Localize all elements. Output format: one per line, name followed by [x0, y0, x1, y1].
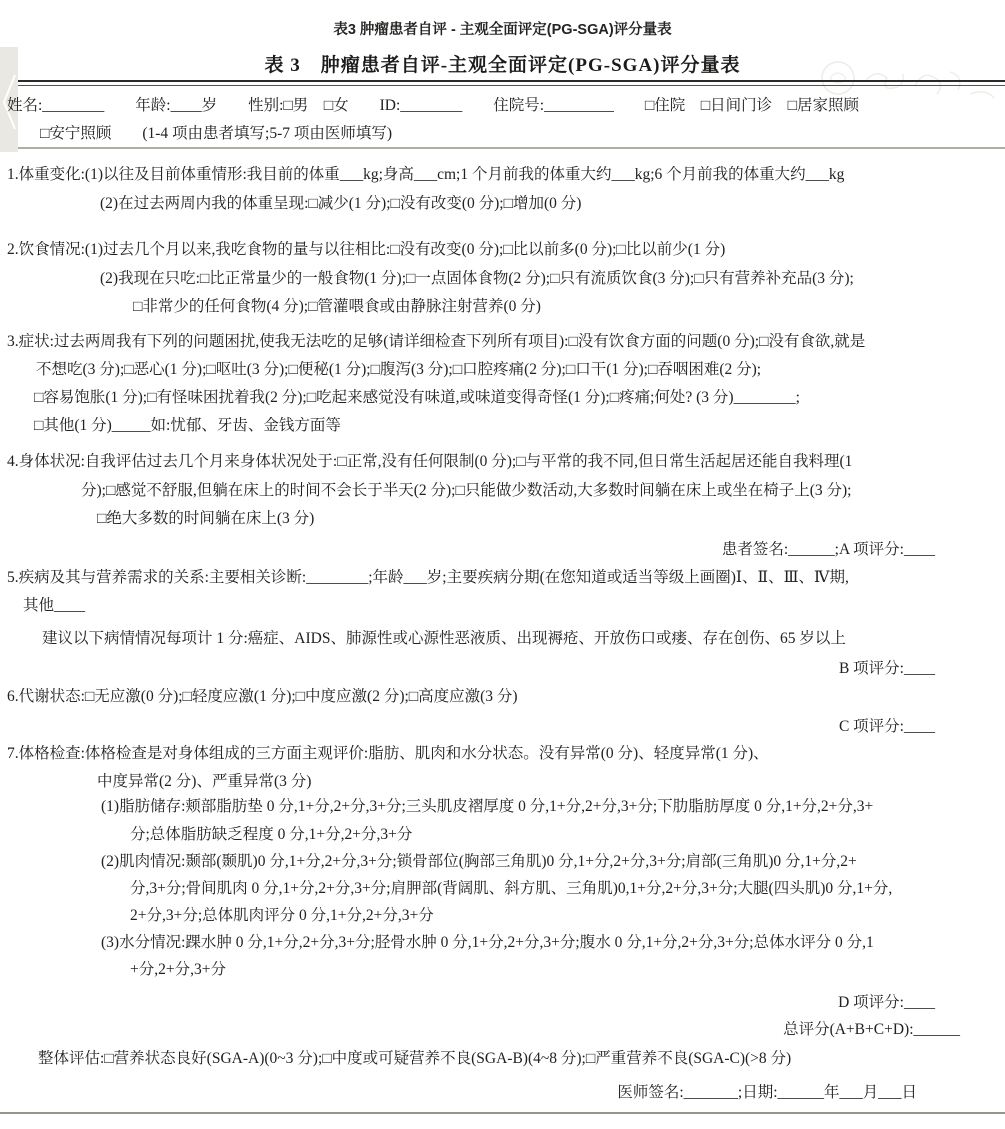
item7-line1: 7.体格检查:体格检查是对身体组成的三方面主观评价:脂肪、肌肉和水分状态。没有异…: [7, 744, 769, 764]
item6-line1: 6.代谢状态:□无应激(0 分);□轻度应激(1 分);□中度应激(2 分);□…: [7, 687, 518, 707]
item1-line1: 1.体重变化:(1)以往及目前体重情形:我目前的体重___kg;身高___cm;…: [7, 165, 844, 185]
item7-muscle-line3: 2+分,3+分;总体肌肉评分 0 分,1+分,2+分,3+分: [130, 906, 434, 926]
figure-caption: 表3 肿瘤患者自评 - 主观全面评定(PG-SGA)评分量表: [0, 18, 1005, 39]
item2-line2: (2)我现在只吃:□比正常量少的一般食物(1 分);□一点固体食物(2 分);□…: [100, 269, 854, 289]
overall-assessment-line: 整体评估:□营养状态良好(SGA-A)(0~3 分);□中度或可疑营养不良(SG…: [38, 1049, 791, 1069]
table-top-rule-thin: [0, 85, 1005, 86]
item7-muscle-line1: (2)肌肉情况:颞部(颞肌)0 分,1+分,2+分,3+分;锁骨部位(胸部三角肌…: [101, 852, 857, 872]
physician-signature-line: 医师签名:_______;日期:______年___月___日: [617, 1083, 917, 1103]
item5-line3: 建议以下病情情况每项计 1 分:癌症、AIDS、肺源性或心源性恶液质、出现褥疮、…: [42, 629, 846, 649]
item3-line1: 3.症状:过去两周我有下列的问题困扰,使我无法吃的足够(请详细检查下列所有项目)…: [7, 332, 865, 352]
item7-water-line2: +分,2+分,3+分: [130, 960, 226, 980]
score-c-line: C 项评分:____: [839, 717, 935, 737]
item4-line1: 4.身体状况:自我评估过去几个月来身体状况处于:□正常,没有任何限制(0 分);…: [7, 452, 852, 472]
score-b-line: B 项评分:____: [839, 659, 935, 679]
table-header-rule: [0, 147, 1005, 149]
item4-line2: 分);□感觉不舒服,但躺在床上的时间不会长于半天(2 分);□只能做少数活动,大…: [81, 481, 851, 501]
header-row-line-1: 姓名:________ 年龄:____岁 性别:□男 □女 ID:_______…: [7, 96, 859, 116]
item7-line2: 中度异常(2 分)、严重异常(3 分): [97, 772, 311, 792]
item2-line3: □非常少的任何食物(4 分);□管灌喂食或由静脉注射营养(0 分): [133, 297, 541, 317]
score-d-line: D 项评分:____: [838, 993, 935, 1013]
total-score-line: 总评分(A+B+C+D):______: [783, 1020, 960, 1040]
item1-line2: (2)在过去两周内我的体重呈现:□减少(1 分);□没有改变(0 分);□增加(…: [100, 194, 581, 214]
item5-line1: 5.疾病及其与营养需求的关系:主要相关诊断:________;年龄___岁;主要…: [7, 568, 849, 588]
header-row-line-2: □安宁照顾 (1-4 项由患者填写;5-7 项由医师填写): [40, 124, 392, 144]
item7-muscle-line2: 分,3+分;骨间肌肉 0 分,1+分,2+分,3+分;肩胛部(背阔肌、斜方肌、三…: [130, 879, 892, 899]
table-top-rule: [0, 80, 1005, 82]
item5-line2: 其他____: [23, 596, 85, 616]
patient-signature-line: 患者签名:______;A 项评分:____: [722, 540, 935, 560]
item3-line3: □容易饱胀(1 分);□有怪味困扰着我(2 分);□吃起来感觉没有味道,或味道变…: [34, 388, 800, 408]
item4-line3: □绝大多数的时间躺在床上(3 分): [97, 509, 314, 529]
table-bottom-rule: [0, 1112, 1005, 1114]
item2-line1: 2.饮食情况:(1)过去几个月以来,我吃食物的量与以往相比:□没有改变(0 分)…: [7, 240, 725, 260]
pg-sga-form-page: 表3 肿瘤患者自评 - 主观全面评定(PG-SGA)评分量表 表 3 肿瘤患者自…: [0, 0, 1005, 1129]
item7-fat-line1: (1)脂肪储存:颊部脂肪垫 0 分,1+分,2+分,3+分;三头肌皮褶厚度 0 …: [101, 797, 873, 817]
item7-water-line1: (3)水分情况:踝水肿 0 分,1+分,2+分,3+分;胫骨水肿 0 分,1+分…: [101, 933, 874, 953]
item3-line4: □其他(1 分)_____如:忧郁、牙齿、金钱方面等: [34, 416, 341, 436]
item7-fat-line2: 分;总体脂肪缺乏程度 0 分,1+分,2+分,3+分: [130, 825, 412, 845]
item3-line2: 不想吃(3 分);□恶心(1 分);□呕吐(3 分);□便秘(1 分);□腹泻(…: [36, 360, 761, 380]
